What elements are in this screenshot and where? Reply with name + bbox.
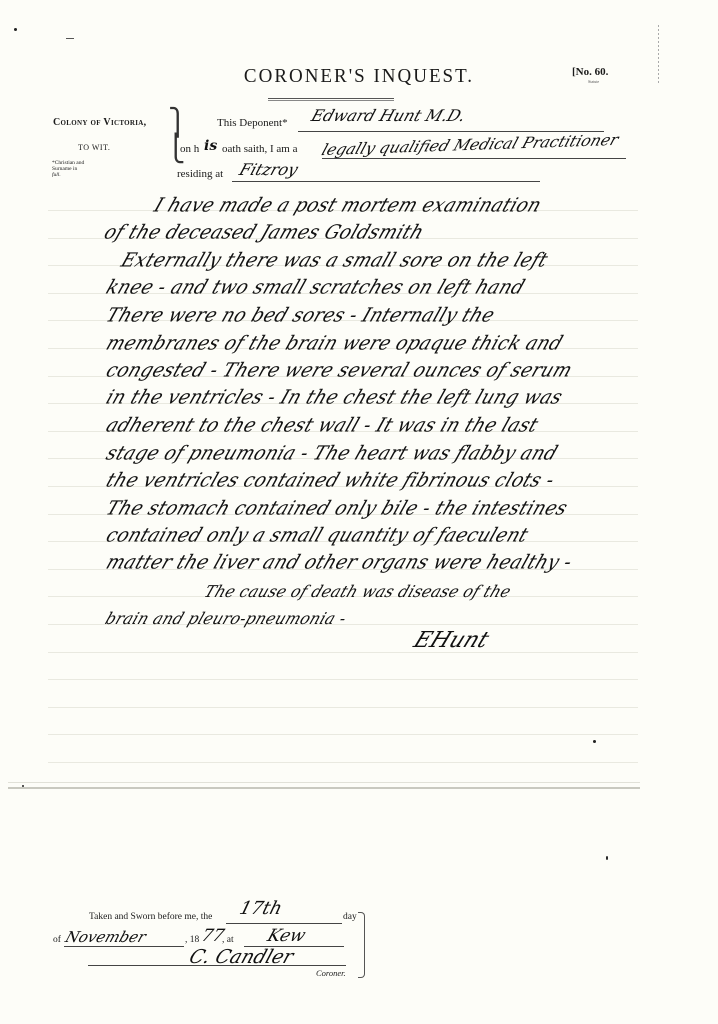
occupation-field-line (322, 158, 626, 159)
scan-mark (66, 38, 74, 39)
oath-label: oath saith, I am a (222, 143, 297, 155)
form-number-sub: Statute (588, 79, 599, 84)
scan-speck (593, 740, 596, 743)
residing-label: residing at (177, 168, 223, 180)
residing-value: Fitzroy (237, 160, 301, 179)
sworn-label: Taken and Sworn before me, the (89, 912, 212, 922)
deposition-line: stage of pneumonia - The heart was flabb… (103, 442, 561, 464)
brace-icon: ⎫ (168, 110, 188, 136)
deposition-line: contained only a small quantity of faecu… (103, 524, 531, 546)
deponent-value: Edward Hunt M.D. (309, 106, 468, 125)
oath-pronoun: is (204, 138, 217, 154)
residing-field-line (232, 181, 540, 182)
deposition-line: matter the liver and other organs were h… (103, 551, 575, 573)
ruled-line (48, 734, 638, 735)
separator-line (8, 782, 640, 783)
deposition-line: The stomach contained only bile - the in… (103, 497, 570, 519)
deponent-signature: EHunt (410, 628, 493, 653)
day-field-line (226, 923, 342, 924)
deposition-line: of the deceased James Goldsmith (101, 221, 427, 243)
ruled-line (48, 707, 638, 708)
footnote-line: full. (52, 172, 61, 178)
deponent-label: This Deponent* (217, 117, 288, 129)
deposition-line: Externally there was a small sore on the… (118, 249, 551, 271)
deposition-line: I have made a post mortem examination (151, 194, 544, 216)
deposition-line: brain and pleuro-pneumonia - (103, 610, 349, 629)
scan-speck (14, 28, 17, 31)
year-prefix: , 18 (185, 935, 199, 945)
colony-label: Colony of Victoria, (53, 117, 146, 128)
deponent-field-line (298, 131, 604, 132)
scan-speck (606, 856, 608, 860)
title-rule (268, 98, 394, 101)
ruled-line (48, 652, 638, 653)
day-value: 17th (237, 898, 284, 919)
footnote: *Christian and Surname in full. (52, 160, 102, 178)
form-number: [No. 60. (572, 66, 608, 78)
deposition-line: the ventricles contained white fibrinous… (103, 469, 557, 491)
jurat-brace (358, 912, 365, 978)
day-label: day (343, 912, 357, 922)
document-title: CORONER'S INQUEST. (0, 65, 718, 88)
month-value: November (63, 928, 148, 946)
deposition-line: membranes of the brain were opaque thick… (103, 332, 566, 354)
deposition-line: in the ventricles - In the chest the lef… (103, 386, 566, 408)
deposition-line: The cause of death was disease of the (202, 583, 514, 602)
deposition-line: There were no bed sores - Internally the (103, 304, 498, 326)
deposition-line: congested - There were several ounces of… (103, 359, 575, 381)
coroner-signature: C. Candler (186, 946, 296, 968)
ruled-line (48, 679, 638, 680)
deposition-line: knee - and two small scratches on left h… (103, 276, 528, 298)
month-field-line (64, 946, 184, 947)
separator-line (8, 787, 640, 789)
at-label: , at (222, 935, 234, 945)
ruled-line (48, 762, 638, 763)
of-label: of (53, 935, 61, 945)
to-wit-label: TO WIT. (78, 143, 110, 152)
place-value: Kew (265, 926, 308, 946)
oath-prefix: on h (180, 143, 199, 155)
coroner-label: Coroner. (316, 968, 346, 978)
deposition-line: adherent to the chest wall - It was in t… (103, 414, 541, 436)
occupation-value: legally qualified Medical Practitioner (319, 131, 621, 159)
